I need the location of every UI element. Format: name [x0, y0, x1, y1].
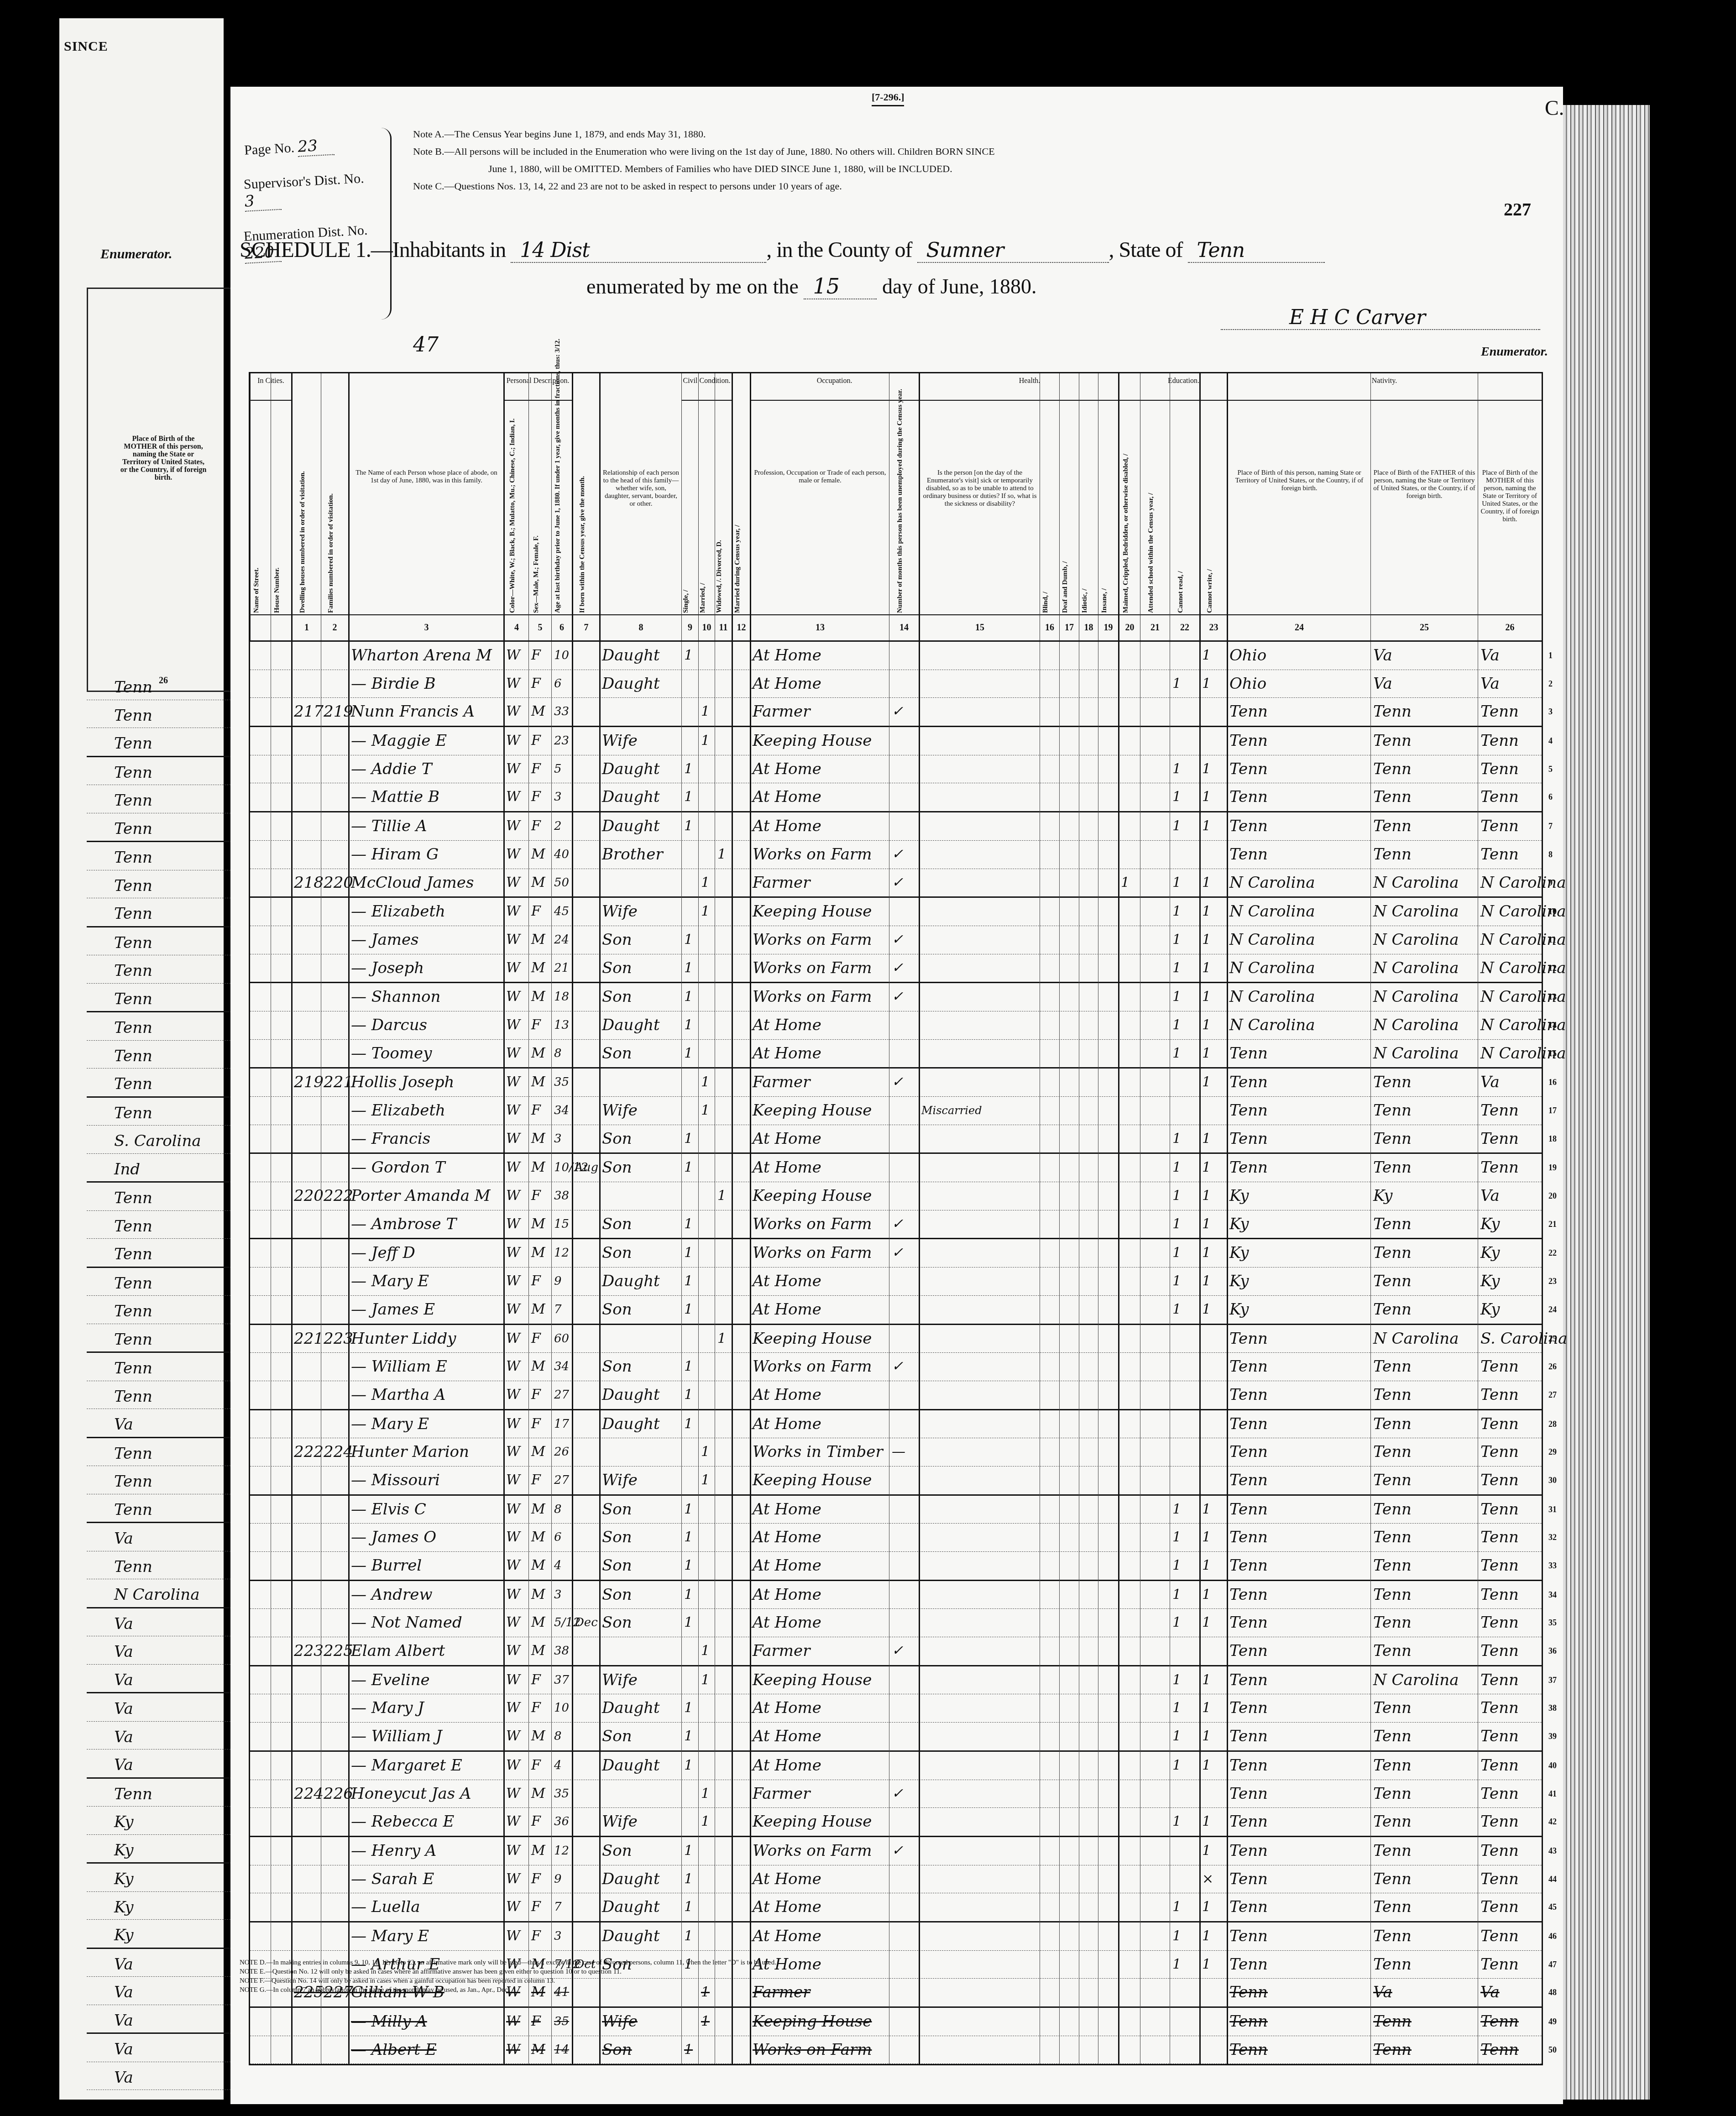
- cell-father-birthplace: Va: [1373, 670, 1392, 697]
- cell-unemployed: ✓: [892, 1780, 903, 1807]
- cell-father-birthplace: N Carolina: [1373, 1325, 1459, 1352]
- cell-cannot-write: 1: [1202, 1068, 1211, 1096]
- footer-notes: NOTE D.—In making entries in columns 9, …: [240, 1958, 1426, 1995]
- cell-dwelling: 223: [294, 1637, 324, 1665]
- previous-page-row: Tenn16: [87, 1098, 237, 1126]
- table-row: — Mary JWF10Daught1At Home11TennTennTenn…: [250, 1694, 1542, 1723]
- cell-occupation: Keeping House: [753, 1666, 872, 1694]
- cell-relation: Wife: [602, 898, 638, 925]
- cell-unemployed: ✓: [892, 1837, 903, 1865]
- line-number: 38: [1548, 1694, 1557, 1722]
- cell-single: 1: [684, 926, 693, 953]
- previous-page-mother-birthplace: Tenn: [114, 990, 152, 1008]
- cell-occupation: Keeping House: [753, 1325, 872, 1352]
- cell-cannot-write: 1: [1202, 1666, 1211, 1694]
- cell-age: 18: [554, 983, 569, 1011]
- cell-father-birthplace: Tenn: [1373, 1808, 1412, 1835]
- cell-married: 1: [701, 727, 710, 754]
- cell-name: — Hiram G: [351, 841, 439, 868]
- previous-page-row: Ky41: [87, 1807, 237, 1835]
- cell-occupation: At Home: [753, 812, 821, 840]
- cell-married: 1: [701, 698, 710, 725]
- cell-father-birthplace: Tenn: [1373, 727, 1412, 754]
- cell-cannot-write: 1: [1202, 1210, 1211, 1238]
- column-header-20: Maimed, Crippled, Bedridden, or otherwis…: [1118, 373, 1140, 640]
- cell-occupation: Works on Farm: [753, 2036, 872, 2064]
- previous-page-row: Va46: [87, 1949, 237, 1977]
- column-header-18: Idiotic, /18: [1079, 373, 1098, 640]
- cell-color: W: [506, 1268, 520, 1295]
- cell-cannot-write: 1: [1202, 1524, 1211, 1551]
- previous-page-row: Tenn6: [87, 813, 237, 843]
- cell-married: 1: [701, 1097, 710, 1124]
- cell-cannot-write: ×: [1202, 1865, 1213, 1893]
- cell-sex: M: [531, 1239, 545, 1267]
- column-number: 23: [1201, 614, 1227, 640]
- cell-sex: F: [531, 1467, 541, 1494]
- cell-sex: M: [531, 1040, 545, 1067]
- table-row: — William JWM8Son1At Home11TennTennTenn3…: [250, 1723, 1542, 1752]
- line-number: 40: [1548, 1752, 1557, 1779]
- previous-page-row: Va31: [87, 1523, 237, 1551]
- cell-age: 33: [554, 698, 569, 725]
- table-row: — FrancisWM3Son1At Home11TennTennTenn18: [250, 1125, 1542, 1154]
- folio-number: 227: [1504, 199, 1531, 220]
- cell-relation: Son: [602, 1125, 632, 1152]
- cell-relation: Wife: [602, 1097, 638, 1124]
- cell-name: — Mary E: [351, 1922, 429, 1950]
- column-header-city-1: House Number.: [271, 373, 291, 640]
- cell-mother-birthplace: Tenn: [1480, 1438, 1519, 1466]
- cell-sex: M: [531, 1723, 545, 1750]
- cell-cannot-write: 1: [1202, 1609, 1211, 1636]
- cell-occupation: At Home: [753, 1381, 821, 1409]
- cell-cannot-write: 1: [1202, 1581, 1211, 1608]
- cell-color: W: [506, 1808, 520, 1835]
- column-header-3: The Name of each Person whose place of a…: [348, 373, 503, 640]
- cell-name: Hunter Marion: [351, 1438, 469, 1466]
- previous-page-mother-birthplace: Tenn: [114, 707, 152, 725]
- previous-page-row: Tenn22: [87, 1268, 237, 1296]
- cell-mother-birthplace: Tenn: [1480, 1893, 1519, 1921]
- cell-color: W: [506, 642, 520, 669]
- column-rule: [1370, 642, 1371, 2064]
- previous-page-row: Tenn10: [87, 927, 237, 956]
- cell-father-birthplace: Tenn: [1373, 1210, 1412, 1238]
- previous-page-row: Tenn7: [87, 842, 237, 870]
- cell-age: 50: [554, 869, 569, 896]
- line-number: 1: [1548, 642, 1553, 669]
- cell-cannot-write: 1: [1202, 1893, 1211, 1921]
- column-header-21: Attended school within the Census year, …: [1140, 373, 1170, 640]
- cell-birthplace: Ohio: [1229, 670, 1266, 697]
- cell-father-birthplace: Tenn: [1373, 1496, 1412, 1523]
- cell-color: W: [506, 1694, 520, 1722]
- cell-sex: M: [531, 698, 545, 725]
- column-header-7: If born within the Census year, give the…: [572, 373, 599, 640]
- cell-name: — Elvis C: [351, 1496, 426, 1523]
- cell-mother-birthplace: Tenn: [1480, 1154, 1519, 1181]
- cell-name: — Rebecca E: [351, 1808, 454, 1835]
- cell-father-birthplace: Tenn: [1373, 1780, 1412, 1807]
- cell-name: Nunn Francis A: [351, 698, 475, 725]
- cell-single: 1: [684, 954, 693, 982]
- column-number: 5: [529, 614, 551, 640]
- cell-mother-birthplace: Tenn: [1480, 2036, 1519, 2064]
- table-row: — William EWM34Son1Works on Farm✓TennTen…: [250, 1353, 1542, 1381]
- previous-page-row: Va47: [87, 1977, 237, 2005]
- cell-cannot-read: 1: [1172, 1524, 1181, 1551]
- note-a: Note A.—The Census Year begins June 1, 1…: [413, 128, 1463, 141]
- cell-color: W: [506, 898, 520, 925]
- table-row: — Martha AWF27Daught1At HomeTennTennTenn…: [250, 1381, 1542, 1410]
- column-rule: [528, 642, 529, 2064]
- table-row: — ElizabethWF34Wife1Keeping HouseMiscarr…: [250, 1097, 1542, 1125]
- cell-sex: M: [531, 1637, 545, 1665]
- cell-sex: M: [531, 2036, 545, 2064]
- cell-cannot-write: 1: [1202, 898, 1211, 925]
- previous-page-mother-birthplace: Tenn: [114, 1359, 152, 1377]
- cell-mother-birthplace: Tenn: [1480, 841, 1519, 868]
- line-number: 15: [1548, 1040, 1557, 1067]
- cell-color: W: [506, 1182, 520, 1210]
- cell-color: W: [506, 954, 520, 982]
- cell-relation: Son: [602, 1353, 632, 1380]
- cell-color: W: [506, 1296, 520, 1323]
- column-header-10: Married, /10: [698, 373, 715, 640]
- cell-mother-birthplace: Tenn: [1480, 1552, 1519, 1579]
- column-rule: [732, 642, 733, 2064]
- cell-birthplace: Tenn: [1229, 1893, 1268, 1921]
- cell-age: 35: [554, 1780, 569, 1807]
- cell-birthplace: Tenn: [1229, 812, 1268, 840]
- cell-color: W: [506, 1097, 520, 1124]
- previous-page-mother-birthplace: Tenn: [114, 1274, 152, 1293]
- table-row: — DarcusWF13Daught1At Home11N CarolinaN …: [250, 1011, 1542, 1040]
- cell-age: 38: [554, 1637, 569, 1665]
- previous-page-row: Tenn8: [87, 870, 237, 899]
- previous-page-mother-birthplace: Tenn: [114, 1330, 152, 1349]
- cell-unemployed: ✓: [892, 1353, 903, 1380]
- cell-dwelling: 220: [294, 1182, 324, 1210]
- schedule-title: SCHEDULE 1.—Inhabitants in 14 Dist, in t…: [240, 237, 1325, 263]
- cell-cannot-write: 1: [1202, 812, 1211, 840]
- cell-mother-birthplace: Tenn: [1480, 698, 1519, 725]
- cell-age: 34: [554, 1097, 569, 1124]
- cell-occupation: At Home: [753, 1040, 821, 1067]
- cell-age: 12: [554, 1239, 569, 1267]
- cell-sex: F: [531, 1182, 541, 1210]
- previous-page-row: Tenn3: [87, 728, 237, 757]
- table-row: — Milly AWF35Wife1Keeping HouseTennTennT…: [250, 2008, 1542, 2036]
- column-rule: [1478, 642, 1478, 2064]
- previous-page-mother-birthplace: Tenn: [114, 1189, 152, 1207]
- cell-name: Hollis Joseph: [351, 1068, 454, 1096]
- cell-father-birthplace: Tenn: [1373, 1353, 1412, 1380]
- cell-age: 7: [554, 1893, 562, 1921]
- cell-cannot-write: 1: [1202, 1552, 1211, 1579]
- cell-age: 4: [554, 1752, 562, 1779]
- cell-birthplace: Tenn: [1229, 1467, 1268, 1494]
- column-rule: [681, 642, 682, 2064]
- table-row: — Mary EWF3Daught1At Home11TennTennTenn4…: [250, 1922, 1542, 1951]
- column-label: Place of Birth of the FATHER of this per…: [1373, 469, 1476, 500]
- column-rule: [572, 642, 573, 2064]
- cell-unemployed: ✓: [892, 954, 903, 982]
- previous-page-row: Va38: [87, 1722, 237, 1750]
- previous-page-row: Tenn2: [87, 700, 237, 728]
- column-label: Married, /: [699, 583, 707, 613]
- cell-occupation: Works on Farm: [753, 1239, 872, 1267]
- table-row: 222224Hunter MarionWM261Works in Timber—…: [250, 1438, 1542, 1467]
- cell-mother-birthplace: Va: [1480, 642, 1500, 669]
- cell-birthplace: Tenn: [1229, 1922, 1268, 1950]
- line-number: 44: [1548, 1865, 1557, 1893]
- cell-married: 1: [701, 898, 710, 925]
- column-label: Relationship of each person to the head …: [602, 469, 680, 508]
- column-label: Maimed, Crippled, Bedridden, or otherwis…: [1122, 454, 1130, 613]
- cell-cannot-write: 1: [1202, 1239, 1211, 1267]
- cell-sex: F: [531, 642, 541, 669]
- cell-name: — Toomey: [351, 1040, 432, 1067]
- cell-sex: F: [531, 727, 541, 754]
- cell-relation: Son: [602, 1296, 632, 1323]
- cell-age: 35: [554, 2008, 569, 2035]
- table-row: — Birdie BWF6DaughtAt Home11OhioVaVa2: [250, 670, 1542, 698]
- table-row: — Sarah EWF9Daught1At Home×TennTennTenn4…: [250, 1865, 1542, 1894]
- cell-father-birthplace: Tenn: [1373, 1125, 1412, 1152]
- cell-single: 1: [684, 755, 693, 783]
- cell-single: 1: [684, 1893, 693, 1921]
- previous-page-row: Tenn24: [87, 1324, 237, 1353]
- cell-birthplace: N Carolina: [1229, 954, 1315, 982]
- cell-age: 3: [554, 1125, 562, 1152]
- cell-birthplace: Tenn: [1229, 1694, 1268, 1722]
- cell-color: W: [506, 1410, 520, 1438]
- cell-occupation: At Home: [753, 1154, 821, 1181]
- cell-father-birthplace: Tenn: [1373, 1097, 1412, 1124]
- cell-sex: F: [531, 755, 541, 783]
- previous-page-mother-birthplace: N Carolina: [114, 1586, 199, 1604]
- note-g: NOTE G.—In column 7 an abbreviation in t…: [240, 1985, 1426, 1995]
- cell-age: 23: [554, 727, 569, 754]
- previous-page-rows: Tenn1Tenn2Tenn3Tenn4Tenn5Tenn6Tenn7Tenn8…: [87, 672, 237, 2090]
- line-number: 9: [1548, 869, 1553, 896]
- previous-page-strip: SINCE Enumerator. Place of Birth of the …: [59, 18, 224, 2100]
- cell-occupation: Keeping House: [753, 898, 872, 925]
- line-number: 5: [1548, 755, 1553, 783]
- cell-birthplace: Tenn: [1229, 1438, 1268, 1466]
- cell-name: — Darcus: [351, 1011, 427, 1039]
- cell-cannot-write: 1: [1202, 1154, 1211, 1181]
- table-row: — Jeff DWM12Son1Works on Farm✓11KyTennKy…: [250, 1239, 1542, 1268]
- column-rule: [348, 642, 350, 2064]
- previous-page-mother-birthplace: Tenn: [114, 1472, 152, 1491]
- cell-single: 1: [684, 1210, 693, 1238]
- enumerator-label: Enumerator.: [1481, 345, 1548, 359]
- line-number: 3: [1548, 698, 1553, 725]
- cell-married: 1: [701, 1808, 710, 1835]
- cell-relation: Son: [602, 954, 632, 982]
- cell-birthplace: N Carolina: [1229, 983, 1315, 1011]
- previous-page-mother-birthplace: Tenn: [114, 1245, 152, 1263]
- cell-cannot-write: 1: [1202, 1808, 1211, 1835]
- cell-color: W: [506, 783, 520, 811]
- column-label: Deaf and Dumb, /: [1061, 561, 1069, 613]
- previous-page-mother-birthplace: Tenn: [114, 1785, 152, 1803]
- cell-sex: M: [531, 1581, 545, 1608]
- column-number: 24: [1228, 614, 1370, 640]
- column-label: Color—White, W.; Black, B.; Mulatto, Mu.…: [509, 419, 517, 613]
- cell-single: 1: [684, 1694, 693, 1722]
- previous-page-row: Ky43: [87, 1864, 237, 1892]
- line-number: 47: [1548, 1951, 1557, 1978]
- previous-page-row: Tenn19: [87, 1183, 237, 1211]
- cell-occupation: Keeping House: [753, 1182, 872, 1210]
- cell-married: 1: [701, 869, 710, 896]
- previous-page-row: Tenn40: [87, 1779, 237, 1807]
- cell-name: — Jeff D: [351, 1239, 415, 1267]
- column-rule: [1140, 642, 1140, 2064]
- line-number: 41: [1548, 1780, 1557, 1807]
- cell-occupation: Farmer: [753, 869, 810, 896]
- cell-cannot-write: 1: [1202, 1125, 1211, 1152]
- cell-name: — Birdie B: [351, 670, 435, 697]
- cell-unemployed: ✓: [892, 1068, 903, 1096]
- cell-birthplace: Tenn: [1229, 1496, 1268, 1523]
- line-number: 48: [1548, 1979, 1557, 2006]
- cell-occupation: At Home: [753, 1410, 821, 1438]
- cell-cannot-read: 1: [1172, 1893, 1181, 1921]
- line-number: 23: [1548, 1268, 1557, 1295]
- cell-name: McCloud James: [351, 869, 474, 896]
- cell-cannot-read: 1: [1172, 812, 1181, 840]
- cell-widowed: 1: [717, 841, 726, 868]
- column-rule: [919, 642, 920, 2064]
- cell-unemployed: ✓: [892, 841, 903, 868]
- previous-page-mother-birthplace: Tenn: [114, 1047, 152, 1065]
- cell-color: W: [506, 1581, 520, 1608]
- cell-married: 1: [701, 1467, 710, 1494]
- cell-father-birthplace: Tenn: [1373, 2008, 1412, 2035]
- column-label: Cannot write, /: [1206, 569, 1214, 613]
- cell-relation: Son: [602, 983, 632, 1011]
- cell-name: — Henry A: [351, 1837, 436, 1865]
- previous-page-mother-birthplace: Va: [114, 1643, 133, 1661]
- cell-birthplace: Ky: [1229, 1182, 1249, 1210]
- column-header-2: Families numbered in order of visitation…: [321, 373, 348, 640]
- cell-cannot-write: 1: [1202, 1723, 1211, 1750]
- cell-cannot-read: 1: [1172, 1752, 1181, 1779]
- cell-name: — Francis: [351, 1125, 430, 1152]
- cell-color: W: [506, 1637, 520, 1665]
- cell-single: 1: [684, 1609, 693, 1636]
- previous-page-row: Va34: [87, 1608, 237, 1637]
- column-number: 4: [505, 614, 528, 640]
- cell-age: 21: [554, 954, 569, 982]
- cell-occupation: At Home: [753, 1496, 821, 1523]
- cell-mother-birthplace: Va: [1480, 1182, 1500, 1210]
- cell-name: Wharton Arena M: [351, 642, 492, 669]
- column-label: Insane, /: [1101, 588, 1109, 613]
- previous-page-mother-birthplace: Tenn: [114, 1075, 152, 1093]
- previous-page-row: Va36: [87, 1665, 237, 1694]
- cell-age: 6: [554, 1524, 562, 1551]
- table-row: — ShannonWM18Son1Works on Farm✓11N Carol…: [250, 983, 1542, 1011]
- cell-dwelling: 224: [294, 1780, 324, 1807]
- previous-page-mother-birthplace: Tenn: [114, 905, 152, 923]
- cell-color: W: [506, 869, 520, 896]
- cell-age: 26: [554, 1438, 569, 1466]
- cell-occupation: Works on Farm: [753, 954, 872, 982]
- previous-page-row: Ky44: [87, 1892, 237, 1920]
- line-number: 31: [1548, 1496, 1557, 1523]
- cell-birthplace: Tenn: [1229, 783, 1268, 811]
- cell-single: 1: [684, 812, 693, 840]
- cell-father-birthplace: N Carolina: [1373, 1040, 1459, 1067]
- cell-color: W: [506, 2036, 520, 2064]
- cell-birthplace: N Carolina: [1229, 1011, 1315, 1039]
- cell-occupation: At Home: [753, 642, 821, 669]
- cell-single: 1: [684, 1410, 693, 1438]
- table-row: — Ambrose TWM15Son1Works on Farm✓11KyTen…: [250, 1210, 1542, 1240]
- cell-cannot-read: 1: [1172, 1496, 1181, 1523]
- table-row: — Tillie AWF2Daught1At Home11TennTennTen…: [250, 812, 1542, 841]
- line-number: 39: [1548, 1723, 1557, 1750]
- table-row: — Mattie BWF3Daught1At Home11TennTennTen…: [250, 783, 1542, 812]
- cell-color: W: [506, 983, 520, 1011]
- cell-sex: F: [531, 1893, 541, 1921]
- cell-age: 13: [554, 1011, 569, 1039]
- supervisor-district-value: 3: [244, 191, 282, 212]
- column-rule: [1059, 642, 1060, 2064]
- cell-sex: M: [531, 1296, 545, 1323]
- cell-cannot-write: 1: [1202, 755, 1211, 783]
- page-number-field: Page No. 23: [244, 133, 382, 160]
- cell-age: 17: [554, 1410, 569, 1438]
- cell-age: 38: [554, 1182, 569, 1210]
- table-row: — ElizabethWF45Wife1Keeping House11N Car…: [250, 898, 1542, 926]
- previous-page-mother-birthplace: Tenn: [114, 1388, 152, 1406]
- cell-dwelling: 219: [294, 1068, 324, 1096]
- table-row: 219221Hollis JosephWM351Farmer✓1TennTenn…: [250, 1068, 1542, 1097]
- cell-cannot-read: 1: [1172, 755, 1181, 783]
- table-row: — Rebecca EWF36Wife1Keeping House11TennT…: [250, 1808, 1542, 1837]
- cell-single: 1: [684, 1381, 693, 1409]
- cell-mother-birthplace: Tenn: [1480, 1865, 1519, 1893]
- cell-occupation: Works on Farm: [753, 1210, 872, 1238]
- table-row: — Henry AWM12Son1Works on Farm✓1TennTenn…: [250, 1837, 1542, 1865]
- cell-mother-birthplace: Tenn: [1480, 1780, 1519, 1807]
- previous-page-mother-birthplace: Tenn: [114, 1445, 152, 1463]
- previous-page-mother-birthplace: Ind: [114, 1160, 140, 1178]
- previous-page-mother-birthplace: Va: [114, 1728, 133, 1746]
- table-row: — Albert EWM14Son1Works on FarmTennTennT…: [250, 2036, 1542, 2064]
- cell-widowed: 1: [717, 1182, 726, 1210]
- column-label: Is the person [on the day of the Enumera…: [922, 469, 1038, 508]
- cell-cannot-write: 1: [1202, 954, 1211, 982]
- cell-relation: Son: [602, 1524, 632, 1551]
- cell-birthplace: Tenn: [1229, 1552, 1268, 1579]
- cell-name: — Mary E: [351, 1410, 429, 1438]
- previous-page-row: Tenn13: [87, 1012, 237, 1041]
- note-c: Note C.—Questions Nos. 13, 14, 22 and 23…: [413, 180, 1463, 193]
- column-label: Profession, Occupation or Trade of each …: [753, 469, 887, 485]
- cell-mother-birthplace: Tenn: [1480, 812, 1519, 840]
- previous-page-column-26-header: Place of Birth of the MOTHER of this per…: [87, 288, 241, 692]
- line-number: 34: [1548, 1581, 1557, 1608]
- line-number: 30: [1548, 1467, 1557, 1494]
